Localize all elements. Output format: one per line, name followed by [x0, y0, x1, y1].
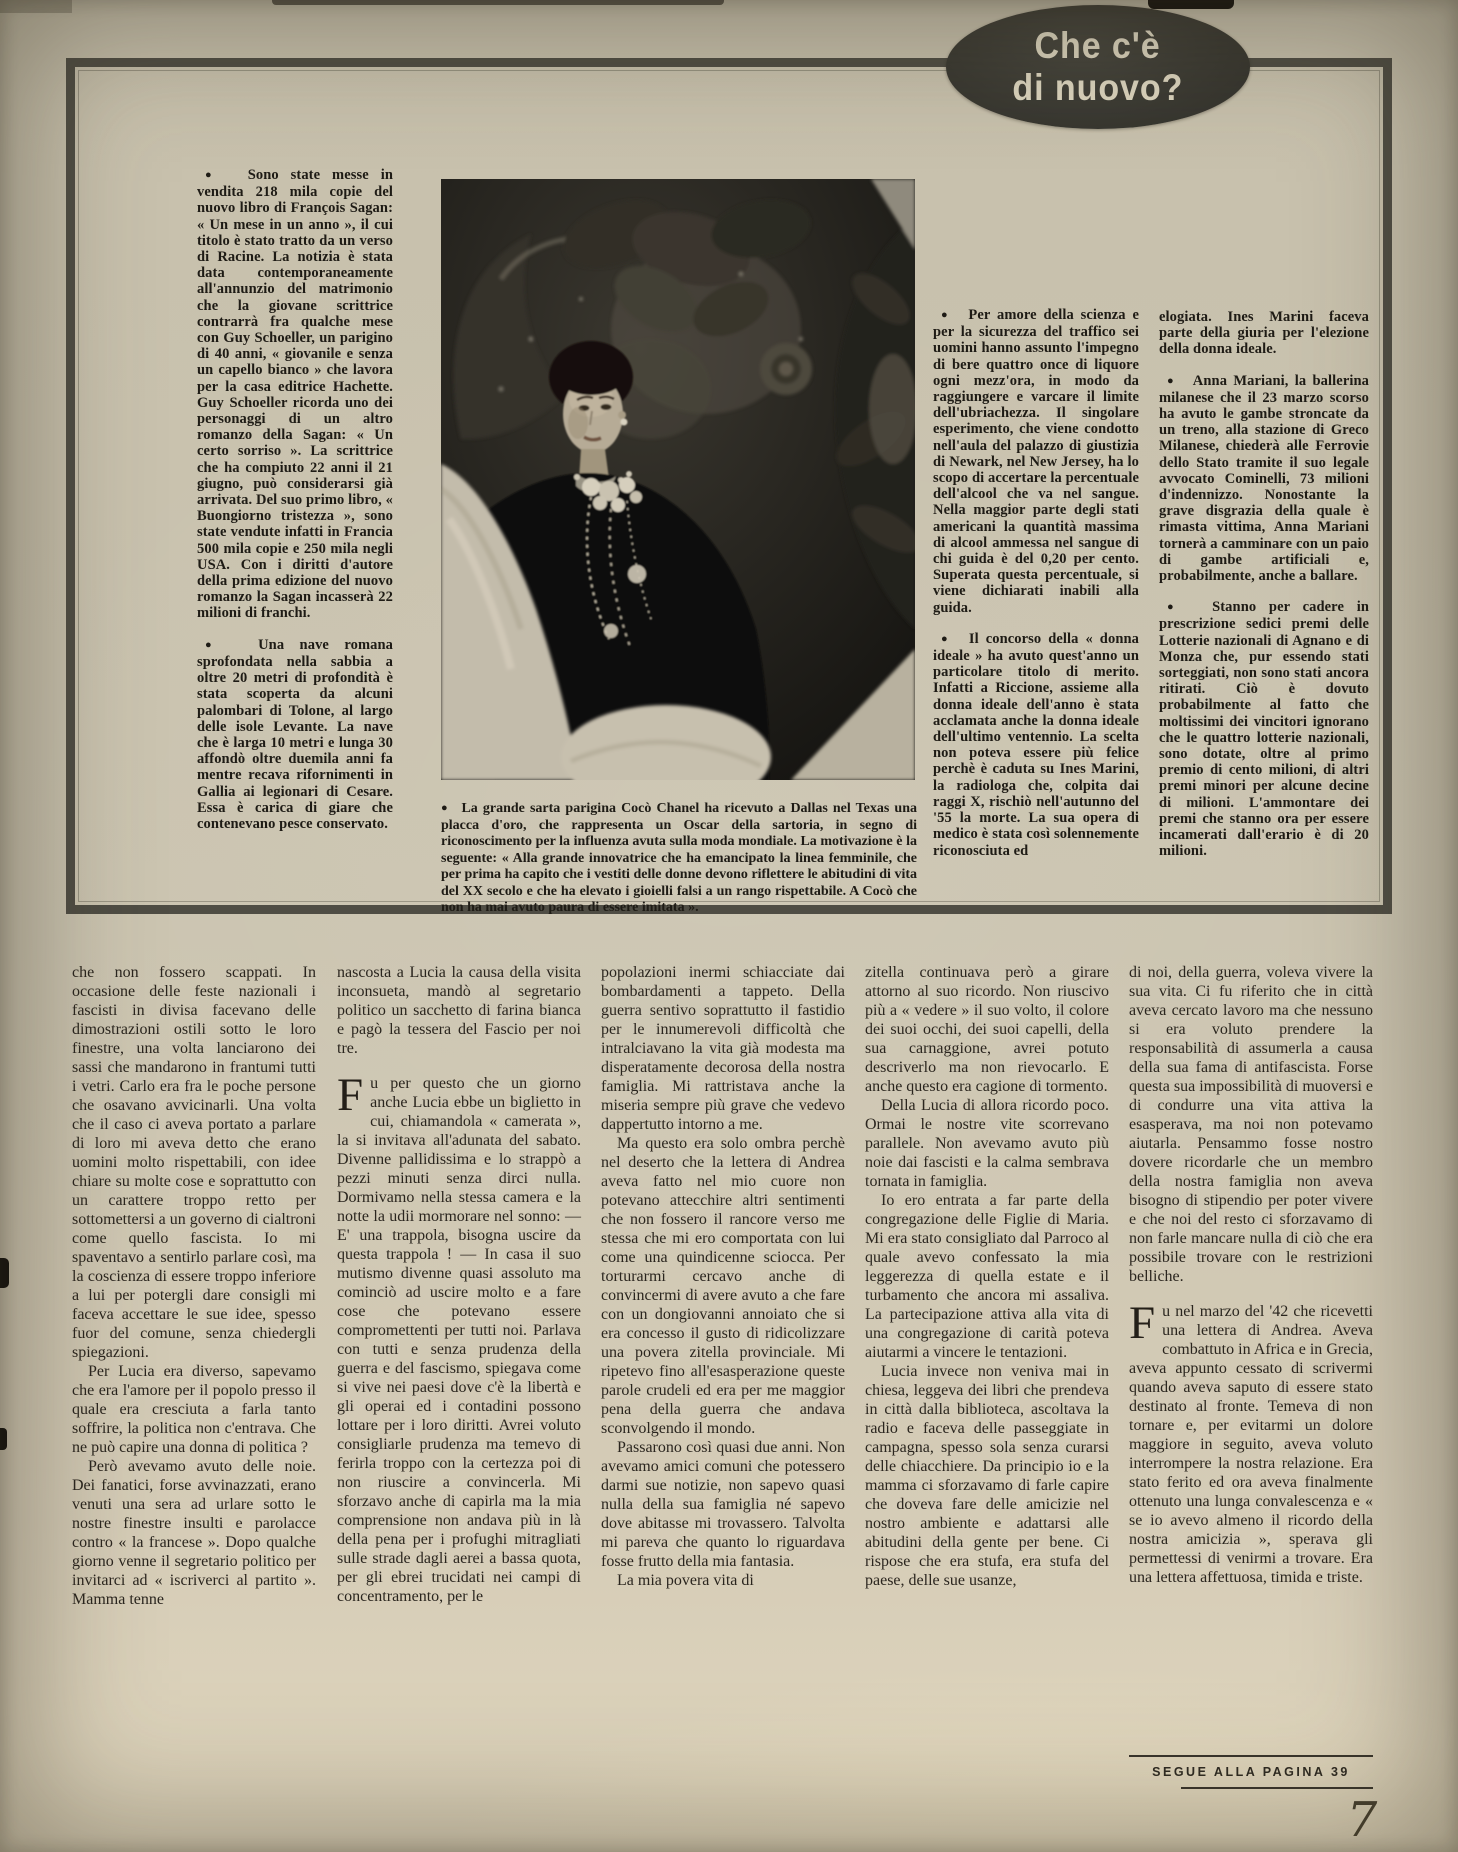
article-column-2: nascosta a Lucia la causa della visita i… — [337, 963, 581, 1805]
news-box: ● Sono state messe in vendita 218 mila c… — [66, 58, 1392, 914]
bullet-icon: ● — [205, 639, 258, 651]
chanel-photo-illustration — [441, 179, 915, 780]
article-paragraph: nascosta a Lucia la causa della visita i… — [337, 963, 581, 1058]
article-paragraph: Io ero entrata a far parte della congreg… — [865, 1191, 1109, 1362]
photo-caption: ● La grande sarta parigina Cocò Chanel h… — [441, 801, 917, 917]
news-item: elogiata. Ines Marini faceva parte della… — [1159, 309, 1369, 358]
news-column-3: elogiata. Ines Marini faceva parte della… — [1159, 309, 1369, 860]
article-paragraph: Per Lucia era diverso, sapevamo che era … — [72, 1362, 316, 1457]
article-column-3: popolazioni inermi schiacciate dai bomba… — [601, 963, 845, 1805]
article-paragraph: Passarono così quasi due anni. Non aveva… — [601, 1438, 845, 1571]
news-item: ● Anna Mariani, la ballerina milanese ch… — [1159, 373, 1369, 585]
article-column-5: di noi, della guerra, voleva vivere la s… — [1129, 963, 1373, 1805]
news-item: ● Stanno per cadere in prescrizione sedi… — [1159, 599, 1369, 859]
badge-line-2: di nuovo? — [1013, 67, 1184, 109]
article-paragraph: zitella continuava però a girare attorno… — [865, 963, 1109, 1096]
page-edge-mark — [0, 1428, 7, 1450]
photo-caption-text: La grande sarta parigina Cocò Chanel ha … — [441, 801, 917, 915]
bullet-icon: ● — [205, 169, 248, 181]
article-paragraph: Lucia invece non veniva mai in chiesa, l… — [865, 1362, 1109, 1590]
article-paragraph: La mia povera vita di — [601, 1571, 845, 1590]
magazine-page: ● Sono state messe in vendita 218 mila c… — [0, 0, 1458, 1852]
continuation-note: SEGUE ALLA PAGINA 39 — [1129, 1755, 1373, 1789]
article-paragraph: Della Lucia di allora ricordo poco. Orma… — [865, 1096, 1109, 1191]
article-paragraph: Ma questo era solo ombra perchè nel dese… — [601, 1134, 845, 1438]
bullet-icon: ● — [941, 309, 968, 321]
page-edge-mark — [1148, 0, 1234, 9]
continuation-note-label: SEGUE ALLA PAGINA 39 — [1152, 1765, 1350, 1779]
news-column-1: ● Sono state messe in vendita 218 mila c… — [197, 167, 393, 832]
page-edge-mark — [0, 1258, 9, 1288]
news-item: ● Una nave romana sprofondata nella sabb… — [197, 637, 393, 832]
bullet-icon: ● — [1167, 601, 1212, 613]
news-item: ● Sono state messe in vendita 218 mila c… — [197, 167, 393, 622]
page-edge-mark — [0, 0, 72, 13]
article-paragraph: di noi, della guerra, voleva vivere la s… — [1129, 963, 1373, 1286]
drop-cap-letter: F — [337, 1074, 370, 1114]
drop-cap-letter: F — [1129, 1302, 1162, 1342]
page-number: 7 — [1322, 1792, 1402, 1848]
article-paragraph: Fu per questo che un giorno anche Lucia … — [337, 1074, 581, 1606]
article-paragraph: Però avevamo avuto delle noie. Dei fanat… — [72, 1457, 316, 1609]
article-paragraph: popolazioni inermi schiacciate dai bomba… — [601, 963, 845, 1134]
article-paragraph: che non fossero scappati. In occasione d… — [72, 963, 316, 1362]
news-item: ● Per amore della scienza e per la sicur… — [933, 307, 1139, 616]
article-column-4: zitella continuava però a girare attorno… — [865, 963, 1109, 1805]
chanel-photo — [441, 179, 915, 780]
news-item: ● Il concorso della « donna ideale » ha … — [933, 631, 1139, 859]
badge-line-1: Che c'è — [1035, 25, 1161, 67]
news-column-2: ● Per amore della scienza e per la sicur… — [933, 307, 1139, 859]
bullet-icon: ● — [441, 802, 451, 814]
page-edge-mark — [272, 0, 724, 5]
che-ce-di-nuovo-badge: Che c'è di nuovo? — [946, 5, 1250, 129]
article-paragraph: Fu nel marzo del '42 che ricevetti una l… — [1129, 1302, 1373, 1587]
bullet-icon: ● — [941, 633, 969, 645]
bullet-icon: ● — [1167, 375, 1193, 387]
article-column-1: che non fossero scappati. In occasione d… — [72, 963, 316, 1805]
